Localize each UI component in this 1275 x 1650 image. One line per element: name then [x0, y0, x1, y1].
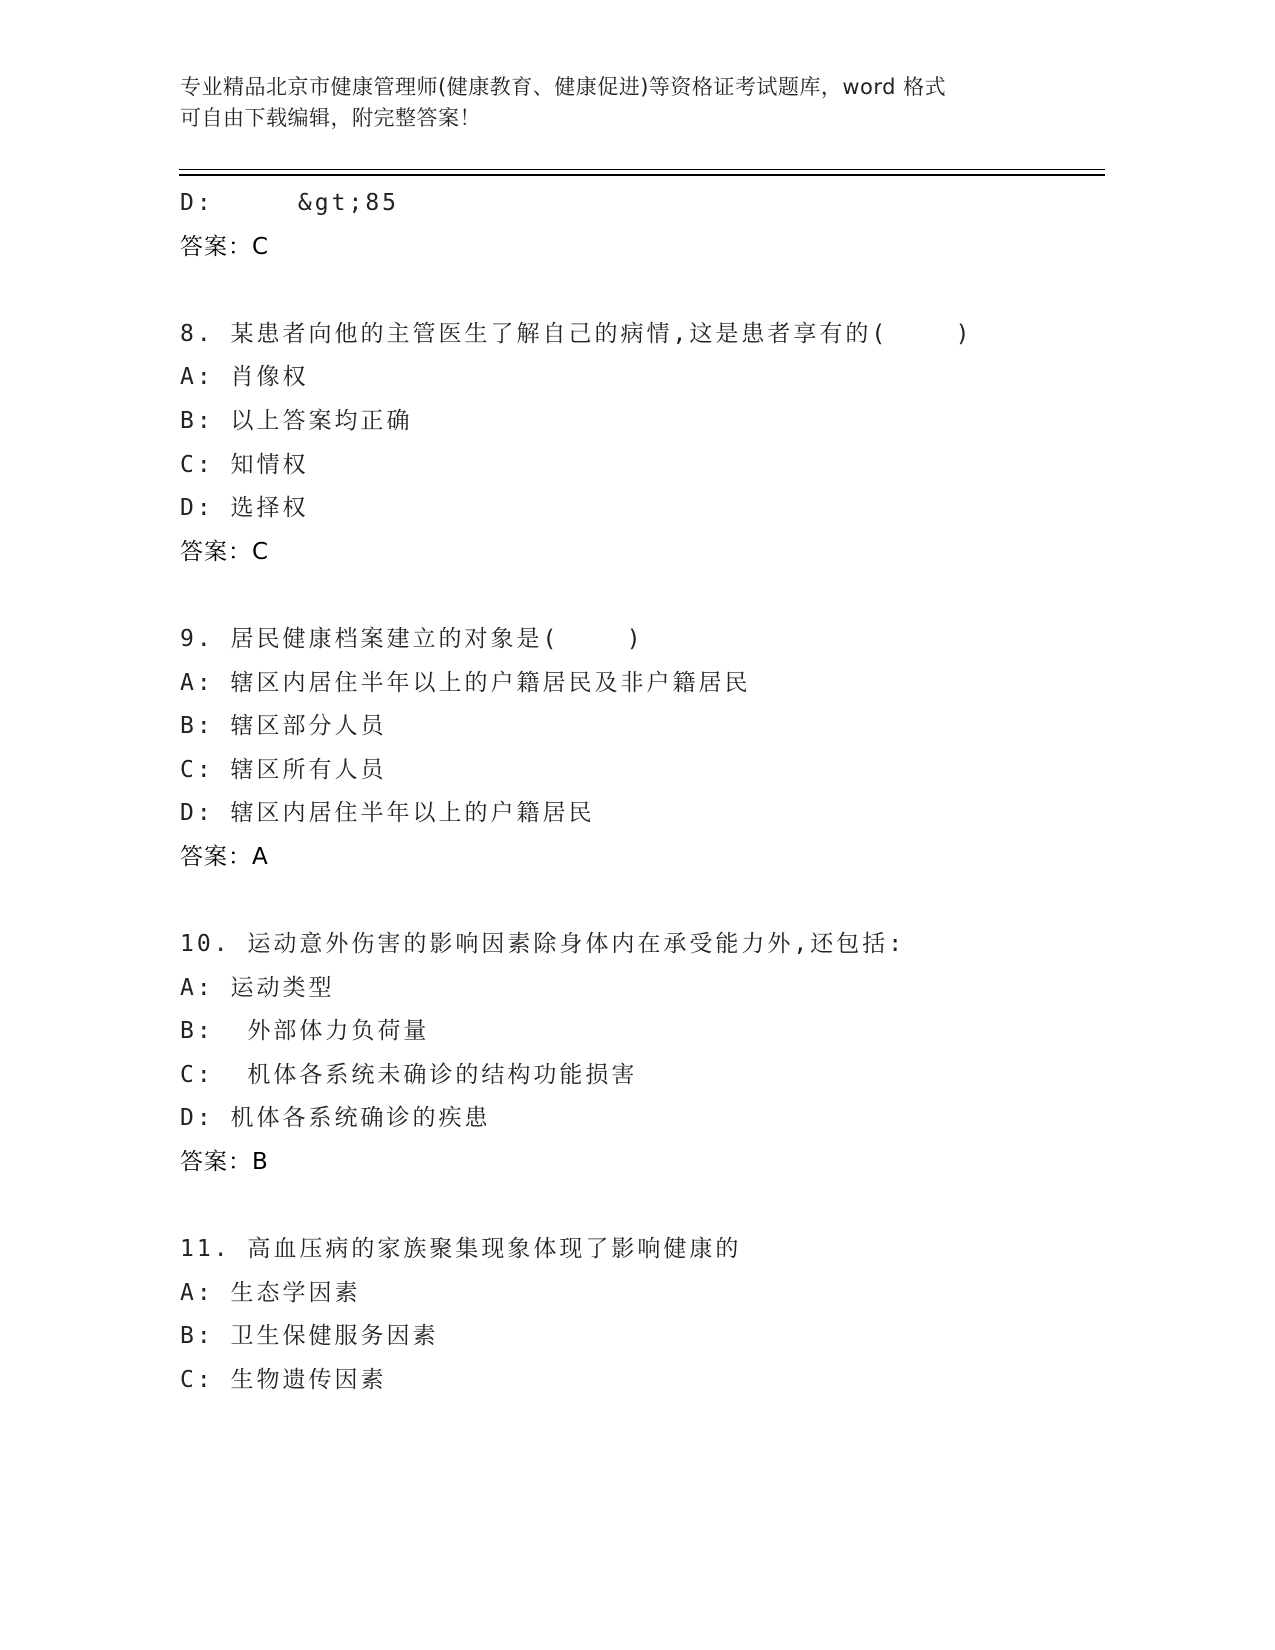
option-b: B: 以上答案均正确: [180, 400, 1080, 444]
question-9: 9. 居民健康档案建立的对象是( ) A: 辖区内居住半年以上的户籍居民及非户籍…: [180, 618, 1080, 880]
spacer: [180, 1185, 1080, 1229]
answer-label: 答案：B: [180, 1141, 1080, 1185]
option-c: C: 生物遗传因素: [180, 1359, 1080, 1403]
answer-label: 答案：C: [180, 531, 1080, 575]
option-a: A: 生态学因素: [180, 1272, 1080, 1316]
header-line-2: 可自由下载编辑，附完整答案！: [180, 103, 1040, 134]
option-c: C: 机体各系统未确诊的结构功能损害: [180, 1054, 1080, 1098]
option-d: D: 选择权: [180, 487, 1080, 531]
document-header: 专业精品北京市健康管理师(健康教育、健康促进)等资格证考试题库，word 格式 …: [180, 72, 1040, 134]
option-d: D: &gt;85: [180, 182, 1080, 226]
option-c: C: 知情权: [180, 444, 1080, 488]
option-b: B: 外部体力负荷量: [180, 1010, 1080, 1054]
option-d: D: 机体各系统确诊的疾患: [180, 1097, 1080, 1141]
question-stem: 9. 居民健康档案建立的对象是( ): [180, 618, 1080, 662]
question-10: 10. 运动意外伤害的影响因素除身体内在承受能力外,还包括: A: 运动类型 B…: [180, 923, 1080, 1185]
option-b: B: 卫生保健服务因素: [180, 1315, 1080, 1359]
option-a: A: 运动类型: [180, 967, 1080, 1011]
answer-label: 答案：A: [180, 836, 1080, 880]
header-divider: [179, 169, 1105, 176]
option-a: A: 肖像权: [180, 356, 1080, 400]
question-list: D: &gt;85 答案：C 8. 某患者向他的主管医生了解自己的病情,这是患者…: [180, 182, 1080, 1403]
question-stem: 10. 运动意外伤害的影响因素除身体内在承受能力外,还包括:: [180, 923, 1080, 967]
option-d: D: 辖区内居住半年以上的户籍居民: [180, 792, 1080, 836]
spacer: [180, 574, 1080, 618]
question-11: 11. 高血压病的家族聚集现象体现了影响健康的 A: 生态学因素 B: 卫生保健…: [180, 1228, 1080, 1402]
header-line-1: 专业精品北京市健康管理师(健康教育、健康促进)等资格证考试题库，word 格式: [180, 72, 1040, 103]
question-stem: 8. 某患者向他的主管医生了解自己的病情,这是患者享有的( ): [180, 313, 1080, 357]
answer-label: 答案：C: [180, 226, 1080, 270]
question-stem: 11. 高血压病的家族聚集现象体现了影响健康的: [180, 1228, 1080, 1272]
option-c: C: 辖区所有人员: [180, 749, 1080, 793]
option-a: A: 辖区内居住半年以上的户籍居民及非户籍居民: [180, 662, 1080, 706]
option-b: B: 辖区部分人员: [180, 705, 1080, 749]
spacer: [180, 880, 1080, 924]
question-8: 8. 某患者向他的主管医生了解自己的病情,这是患者享有的( ) A: 肖像权 B…: [180, 313, 1080, 575]
spacer: [180, 269, 1080, 313]
